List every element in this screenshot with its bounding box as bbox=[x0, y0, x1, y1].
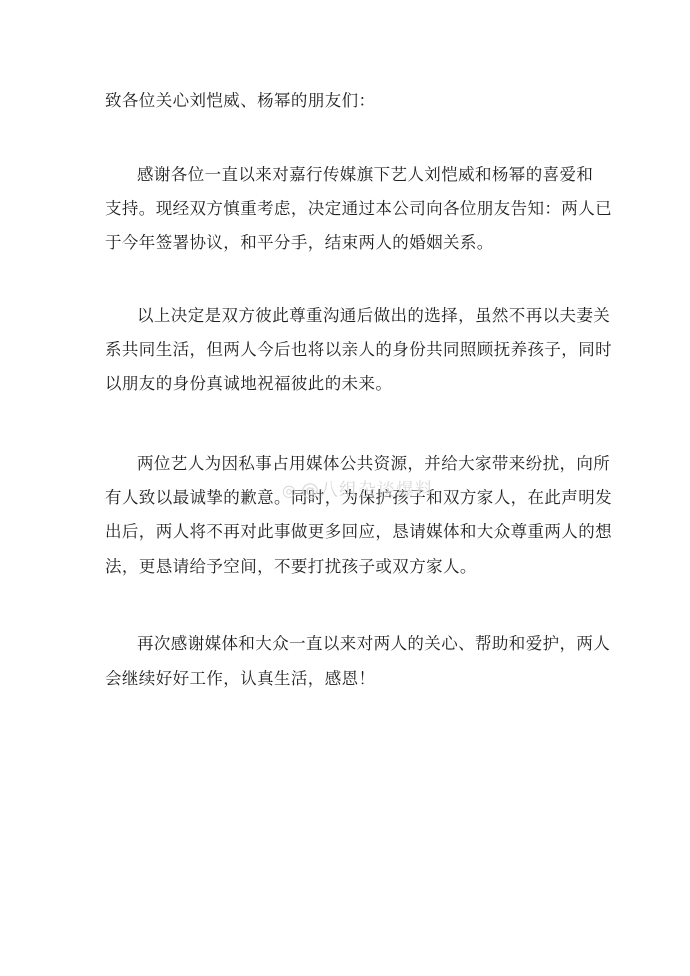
paragraph-line: 两位艺人为因私事占用媒体公共资源，并给大家带来纷扰，向所 bbox=[137, 454, 610, 474]
paragraph-line: 以上决定是双方彼此尊重沟通后做出的选择，虽然不再以夫妻关 bbox=[137, 306, 610, 326]
paragraph-line: 会继续好好工作，认真生活，感恩！ bbox=[105, 669, 375, 689]
paragraph-line: 以朋友的身份真诚地祝福彼此的未来。 bbox=[105, 374, 392, 394]
paragraph-line: 法，更恳请给予空间，不要打扰孩子或双方家人。 bbox=[105, 557, 477, 577]
paragraph-line: 再次感谢媒体和大众一直以来对两人的关心、帮助和爱护，两人 bbox=[137, 634, 610, 654]
watermark: ◎@八组杂谈爆料 bbox=[282, 476, 434, 502]
paragraph-line: 于今年签署协议，和平分手，结束两人的婚姻关系。 bbox=[105, 233, 494, 253]
paragraph-line: 感谢各位一直以来对嘉行传媒旗下艺人刘恺威和杨幂的喜爱和 bbox=[137, 165, 593, 185]
paragraph-line: 支持。现经双方慎重考虑，决定通过本公司向各位朋友告知：两人已 bbox=[105, 199, 612, 219]
weibo-icon: ◎ bbox=[282, 481, 297, 500]
statement-document: 致各位关心刘恺威、杨幂的朋友们： 感谢各位一直以来对嘉行传媒旗下艺人刘恺威和杨幂… bbox=[0, 0, 690, 976]
watermark-text: @八组杂谈爆料 bbox=[301, 480, 434, 501]
greeting: 致各位关心刘恺威、杨幂的朋友们： bbox=[105, 91, 375, 111]
paragraph-line: 出后，两人将不再对此事做更多回应，恳请媒体和大众尊重两人的想 bbox=[105, 522, 612, 542]
paragraph-line: 系共同生活，但两人今后也将以亲人的身份共同照顾抚养孩子，同时 bbox=[105, 340, 612, 360]
